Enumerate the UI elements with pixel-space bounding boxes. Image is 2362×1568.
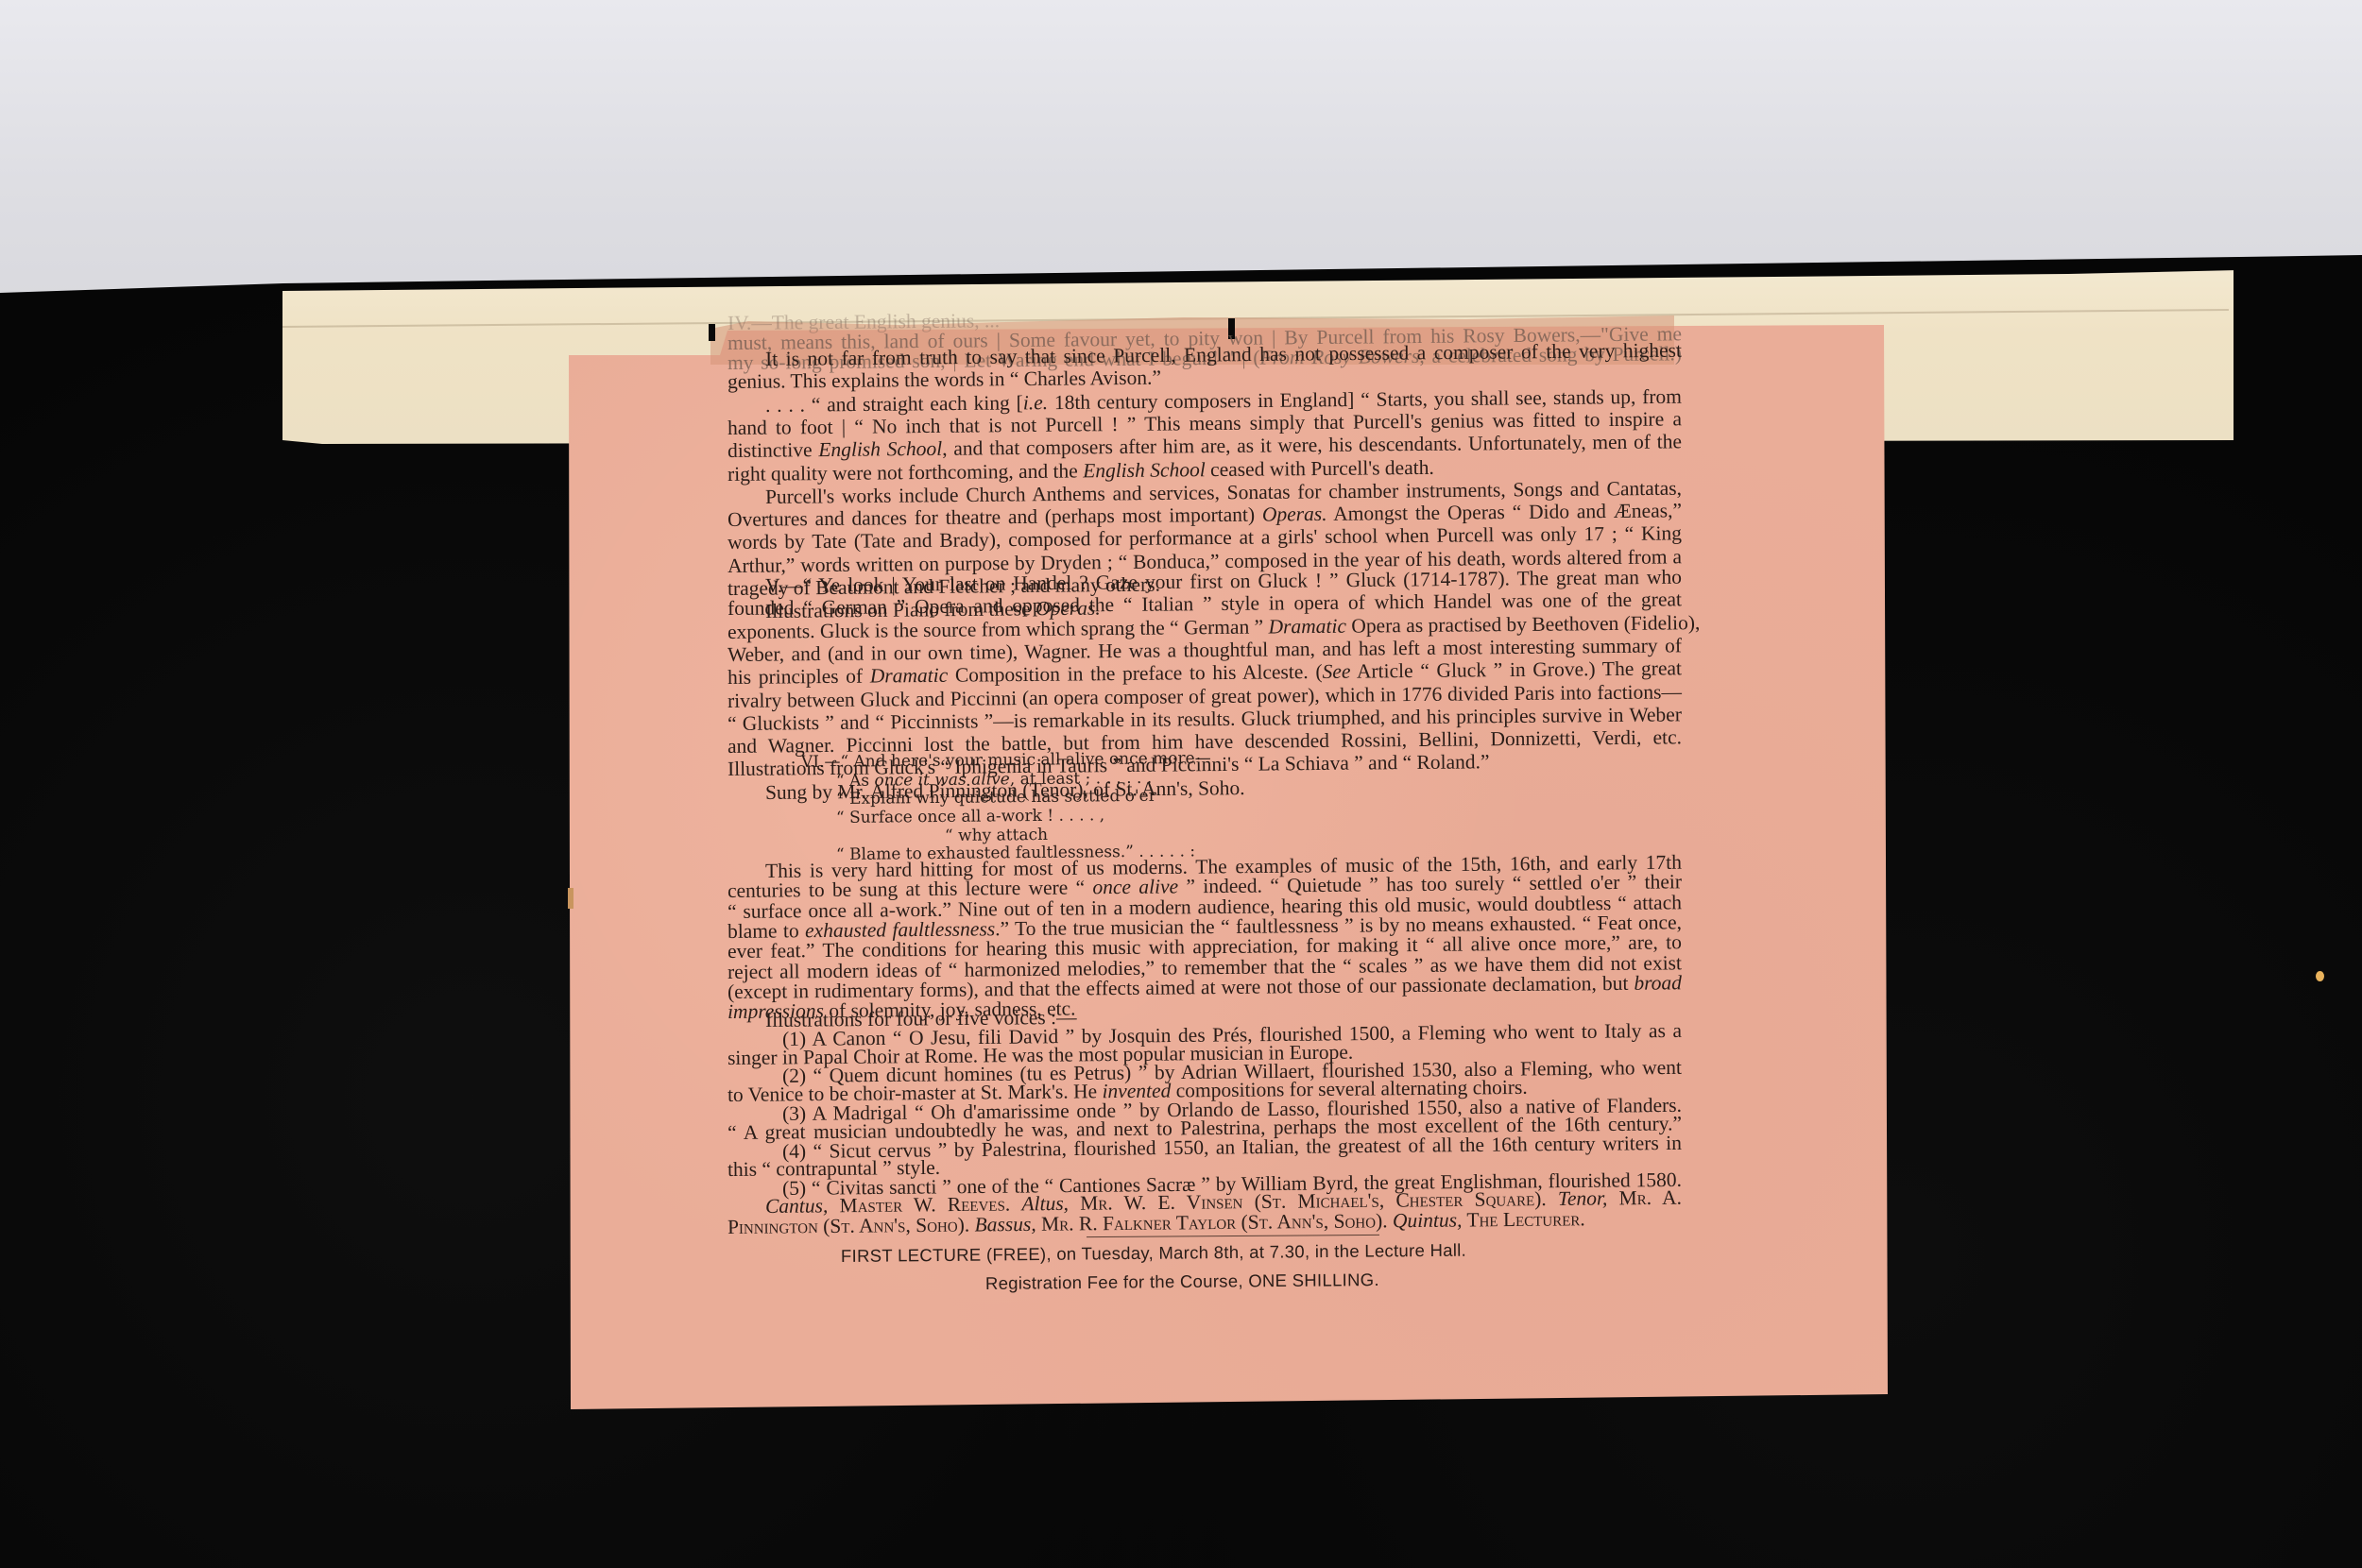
edge-tear <box>568 888 573 909</box>
bassus: Mr. R. Falkner Taylor (St. Ann's, Soho). <box>1036 1209 1393 1236</box>
quintus-label: Quintus, <box>1393 1209 1463 1233</box>
tenor-label: Tenor, <box>1558 1186 1608 1210</box>
bassus-label: Bassus, <box>974 1213 1036 1236</box>
grey-backdrop <box>0 0 2362 302</box>
tenor-cont: Pinnington (St. Ann's, Soho). <box>727 1213 975 1238</box>
quintus: The Lecturer. <box>1462 1207 1585 1231</box>
registration-fee-notice: Registration Fee for the Course, ONE SHI… <box>985 1269 1379 1295</box>
section-iv-line: genius. This explains the words in “ Cha… <box>727 366 1161 393</box>
dust-speck <box>2316 971 2324 981</box>
torn-notch-left <box>709 324 715 341</box>
tenor: Mr. A. <box>1607 1186 1682 1210</box>
